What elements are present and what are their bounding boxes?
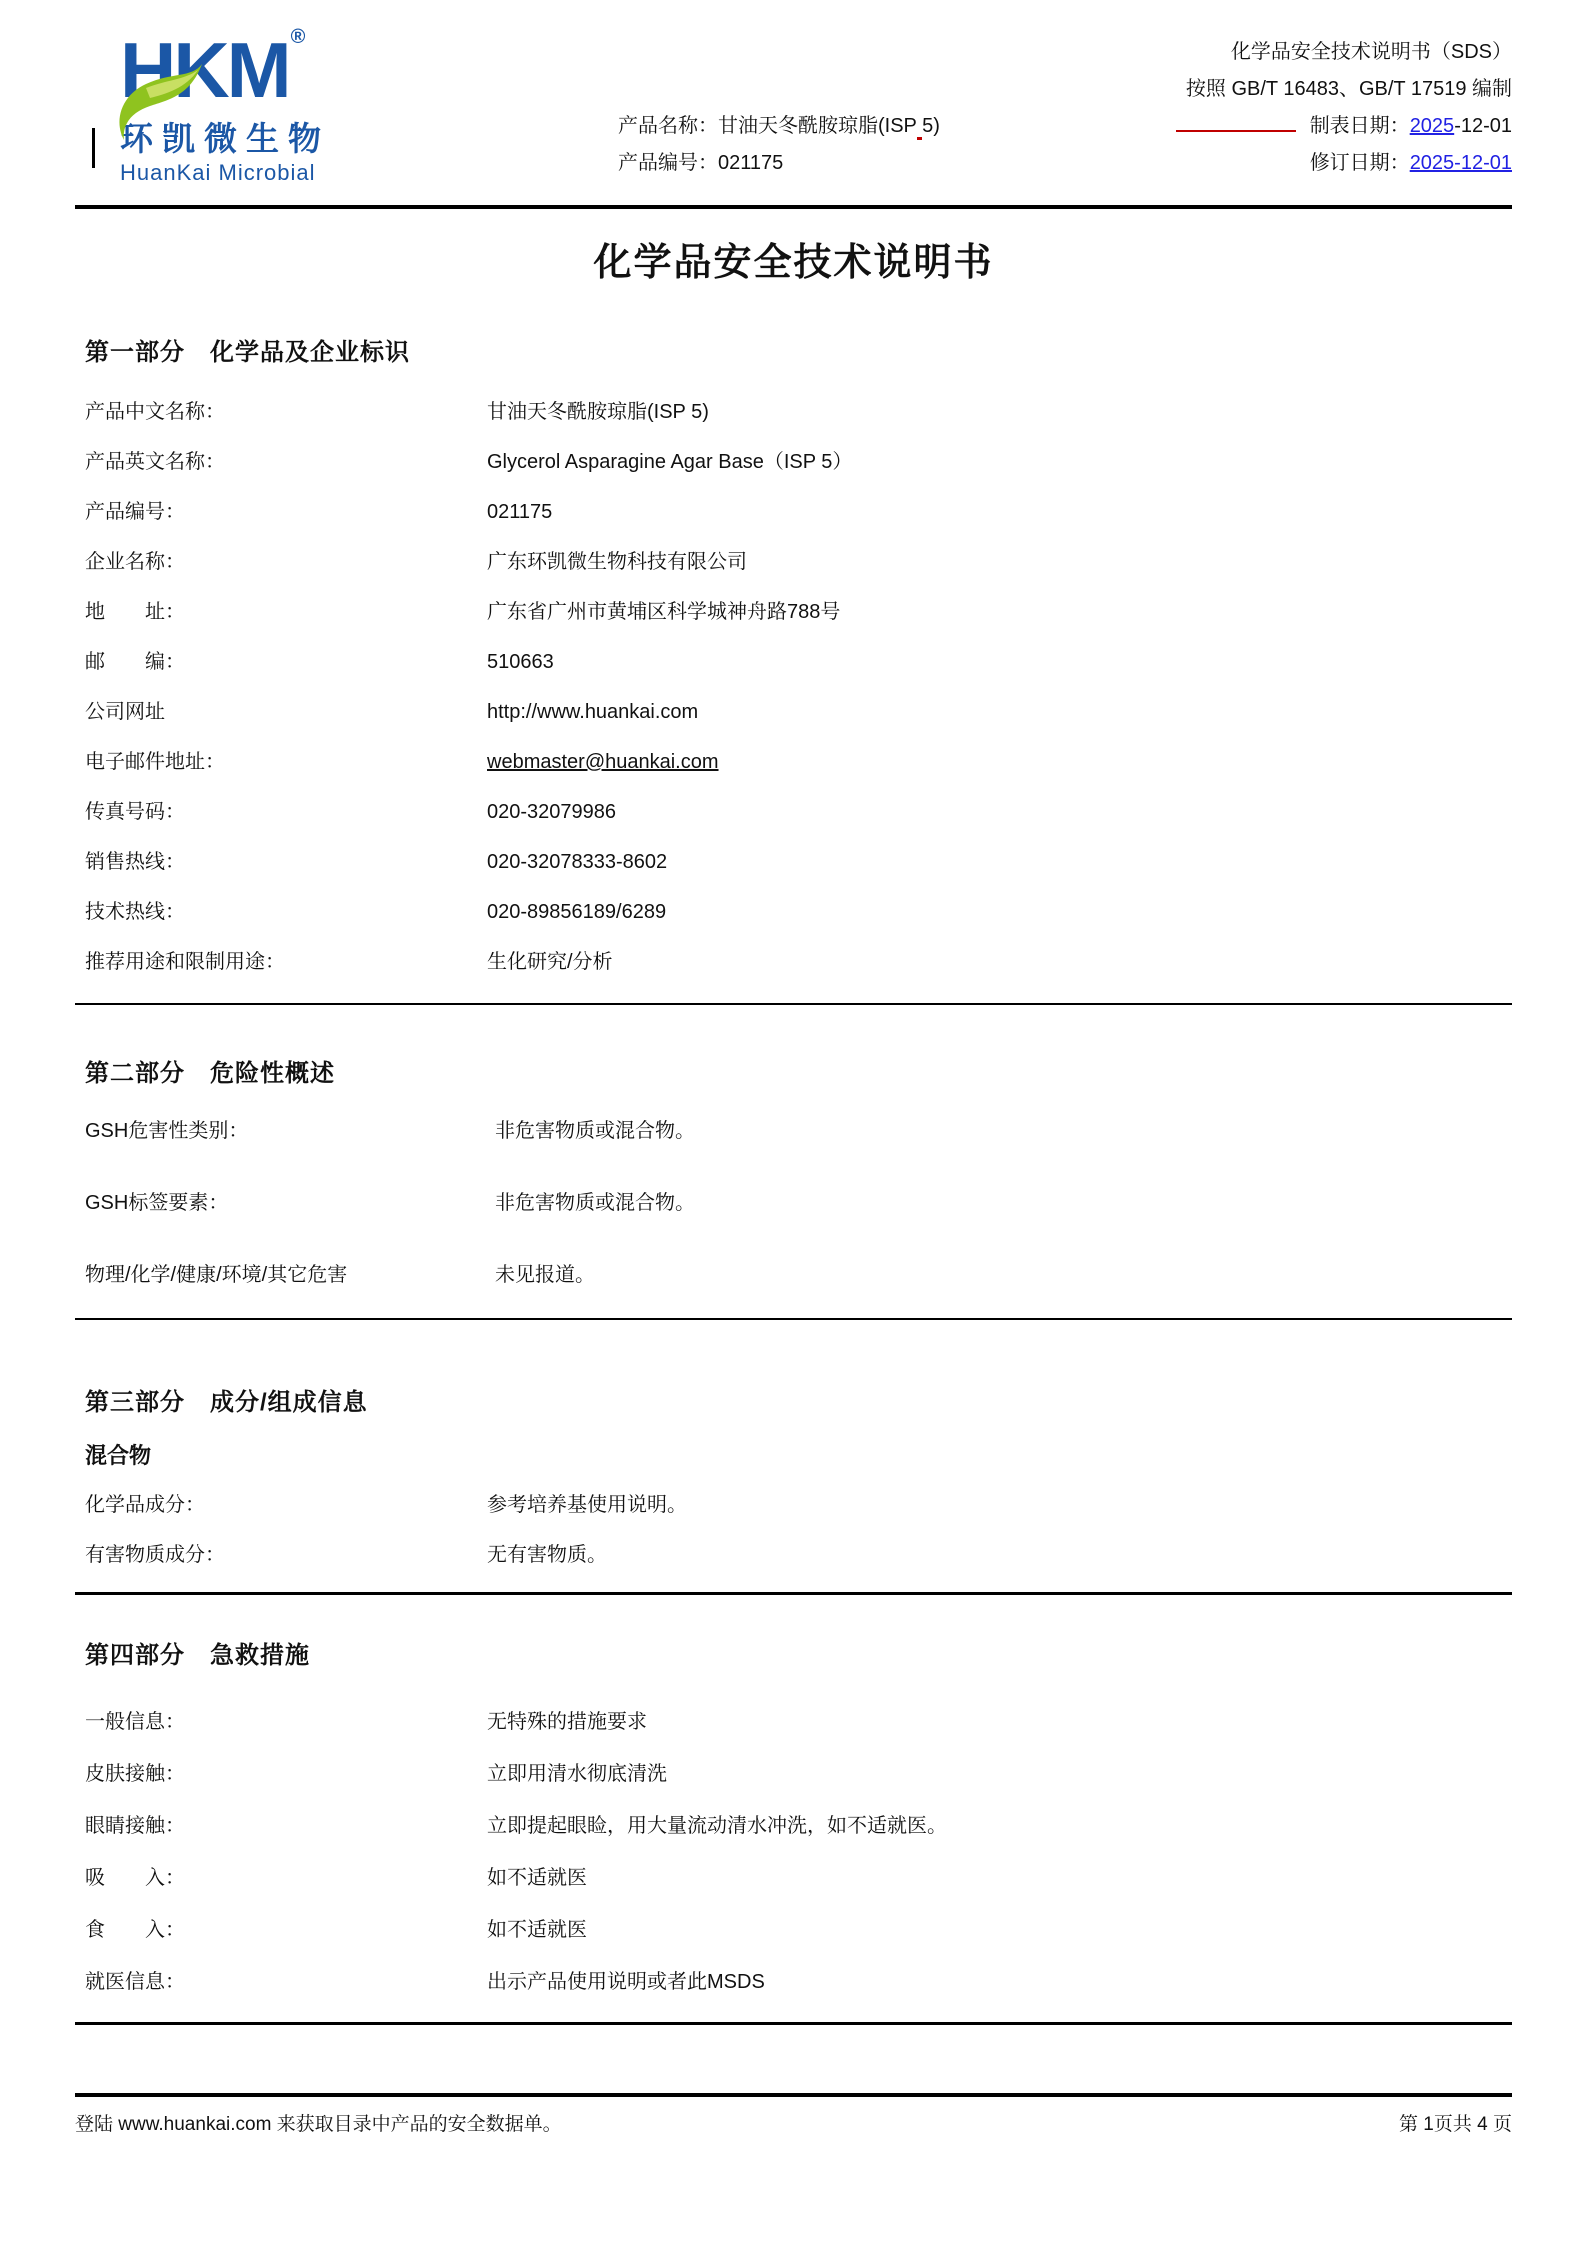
field-label: 皮肤接触： <box>85 1748 487 1800</box>
field-value: 020-32079986 <box>487 787 1512 837</box>
header-product-name: 产品名称：甘油天冬酰胺琼脂(ISP 5) <box>618 108 940 145</box>
field-row: 传真号码：020-32079986 <box>85 787 1512 837</box>
logo-brand-text: HKM <box>120 22 289 118</box>
field-value: 甘油天冬酰胺琼脂(ISP 5) <box>487 387 1512 437</box>
field-value: 未见报道。 <box>495 1260 1512 1290</box>
field-value: 510663 <box>487 637 1512 687</box>
field-row: 企业名称：广东环凯微生物科技有限公司 <box>85 537 1512 587</box>
section-2-heading: 第二部分 危险性概述 <box>85 1053 1512 1088</box>
field-value: 立即用清水彻底清洗 <box>487 1748 1512 1800</box>
revise-date-link[interactable]: 2025-12-01 <box>1410 145 1512 182</box>
section-1-heading: 第一部分 化学品及企业标识 <box>85 332 1512 367</box>
section-hazards: 第二部分 危险性概述 GSH危害性类别：非危害物质或混合物。 GSH标签要素：非… <box>75 1053 1512 1290</box>
field-label: 有害物质成分： <box>85 1530 487 1580</box>
field-row: 推荐用途和限制用途：生化研究/分析 <box>85 937 1512 987</box>
header-info-block: 化学品安全技术说明书（SDS） 按照 GB/T 16483、GB/T 17519… <box>618 34 1512 182</box>
field-label: 销售热线： <box>85 837 487 887</box>
field-value: 生化研究/分析 <box>487 937 1512 987</box>
logo-company-name-cn: 环凯微生物 <box>120 120 450 158</box>
field-value: Glycerol Asparagine Agar Base（ISP 5） <box>487 437 1512 487</box>
field-label: GSH标签要素： <box>85 1188 495 1218</box>
field-label: 产品英文名称： <box>85 437 487 487</box>
field-row: 公司网址http://www.huankai.com <box>85 687 1512 737</box>
field-label: 一般信息： <box>85 1696 487 1748</box>
field-label: 电子邮件地址： <box>85 737 487 787</box>
section-identification: 第一部分 化学品及企业标识 产品中文名称：甘油天冬酰胺琼脂(ISP 5) 产品英… <box>75 332 1512 987</box>
field-label: 化学品成分： <box>85 1480 487 1530</box>
section-divider <box>75 1318 1512 1320</box>
field-label: 企业名称： <box>85 537 487 587</box>
field-row: 邮 编：510663 <box>85 637 1512 687</box>
field-value: 参考培养基使用说明。 <box>487 1480 1512 1530</box>
footer-divider <box>75 2093 1512 2097</box>
field-row: 眼睛接触：立即提起眼睑，用大量流动清水冲洗，如不适就医。 <box>85 1800 1512 1852</box>
section-divider <box>75 1592 1512 1595</box>
field-value: 非危害物质或混合物。 <box>495 1116 1512 1146</box>
field-label: 技术热线： <box>85 887 487 937</box>
field-row: 产品编号：021175 <box>85 487 1512 537</box>
section-divider <box>75 1003 1512 1005</box>
field-label: 产品中文名称： <box>85 387 487 437</box>
tabulate-date-year-link[interactable]: 2025 <box>1410 108 1455 145</box>
field-value: 出示产品使用说明或者此MSDS <box>487 1956 1512 2008</box>
field-label: 吸 入： <box>85 1852 487 1904</box>
field-row: 产品英文名称：Glycerol Asparagine Agar Base（ISP… <box>85 437 1512 487</box>
tabulate-date-label: 制表日期： <box>1310 108 1410 145</box>
page-number: 第 1页共 4 页 <box>1399 2109 1512 2136</box>
header-divider <box>75 205 1512 209</box>
field-row: 就医信息：出示产品使用说明或者此MSDS <box>85 1956 1512 2008</box>
header-left-tick <box>92 128 95 168</box>
field-value: 020-89856189/6289 <box>487 887 1512 937</box>
field-value: 广东环凯微生物科技有限公司 <box>487 537 1512 587</box>
section-4-heading: 第四部分 急救措施 <box>85 1635 1512 1670</box>
field-row: GSH标签要素：非危害物质或混合物。 <box>85 1188 1512 1218</box>
field-label: 邮 编： <box>85 637 487 687</box>
doc-type: 化学品安全技术说明书（SDS） <box>618 34 1512 71</box>
field-value: 非危害物质或混合物。 <box>495 1188 1512 1218</box>
tabulate-date-rest: -12-01 <box>1454 108 1512 145</box>
field-label: 物理/化学/健康/环境/其它危害 <box>85 1260 495 1290</box>
field-row: 产品中文名称：甘油天冬酰胺琼脂(ISP 5) <box>85 387 1512 437</box>
mixture-subheading: 混合物 <box>85 1439 1512 1470</box>
field-value: 如不适就医 <box>487 1852 1512 1904</box>
field-label: 就医信息： <box>85 1956 487 2008</box>
field-value: 立即提起眼睑，用大量流动清水冲洗，如不适就医。 <box>487 1800 1512 1852</box>
field-row: 物理/化学/健康/环境/其它危害未见报道。 <box>85 1260 1512 1290</box>
website-link[interactable]: http://www.huankai.com <box>487 687 1512 737</box>
section-composition: 第三部分 成分/组成信息 混合物 化学品成分：参考培养基使用说明。 有害物质成分… <box>75 1382 1512 1580</box>
field-value: 020-32078333-8602 <box>487 837 1512 887</box>
header-product-code: 产品编号：021175 <box>618 145 783 182</box>
page-header: HKM ® 环凯微生物 HuanKai Microbial 化学品安全技术说明书… <box>0 0 1587 205</box>
section-divider <box>75 2022 1512 2025</box>
section-3-heading: 第三部分 成分/组成信息 <box>85 1382 1512 1417</box>
field-label: 食 入： <box>85 1904 487 1956</box>
field-value: 无有害物质。 <box>487 1530 1512 1580</box>
field-row: 食 入：如不适就医 <box>85 1904 1512 1956</box>
field-label: 传真号码： <box>85 787 487 837</box>
field-row: 化学品成分：参考培养基使用说明。 <box>85 1480 1512 1530</box>
field-label: 推荐用途和限制用途： <box>85 937 487 987</box>
registered-trademark-icon: ® <box>291 22 306 52</box>
field-value: 无特殊的措施要求 <box>487 1696 1512 1748</box>
field-row: 技术热线：020-89856189/6289 <box>85 887 1512 937</box>
email-link[interactable]: webmaster@huankai.com <box>487 737 1512 787</box>
sds-page: HKM ® 环凯微生物 HuanKai Microbial 化学品安全技术说明书… <box>0 0 1587 2245</box>
field-row: 吸 入：如不适就医 <box>85 1852 1512 1904</box>
revise-date-label: 修订日期： <box>1310 145 1410 182</box>
section-first-aid: 第四部分 急救措施 一般信息：无特殊的措施要求 皮肤接触：立即用清水彻底清洗 眼… <box>75 1635 1512 2008</box>
field-label: 产品编号： <box>85 487 487 537</box>
field-label: 眼睛接触： <box>85 1800 487 1852</box>
field-row: 电子邮件地址：webmaster@huankai.com <box>85 737 1512 787</box>
page-footer: 登陆 www.huankai.com 来获取目录中产品的安全数据单。 第 1页共… <box>0 2093 1587 2136</box>
field-row: 有害物质成分：无有害物质。 <box>85 1530 1512 1580</box>
field-row: GSH危害性类别：非危害物质或混合物。 <box>85 1116 1512 1146</box>
field-row: 销售热线：020-32078333-8602 <box>85 837 1512 887</box>
field-label: 公司网址 <box>85 687 487 737</box>
blank-signature-line <box>1176 112 1296 132</box>
page-title: 化学品安全技术说明书 <box>0 231 1587 286</box>
field-label: 地 址： <box>85 587 487 637</box>
field-value: 021175 <box>487 487 1512 537</box>
field-label: GSH危害性类别： <box>85 1116 495 1146</box>
company-logo: HKM ® 环凯微生物 HuanKai Microbial <box>120 22 450 186</box>
standard-note: 按照 GB/T 16483、GB/T 17519 编制 <box>618 71 1512 108</box>
field-value: 如不适就医 <box>487 1904 1512 1956</box>
field-value: 广东省广州市黄埔区科学城神舟路788号 <box>487 587 1512 637</box>
field-row: 一般信息：无特殊的措施要求 <box>85 1696 1512 1748</box>
field-row: 皮肤接触：立即用清水彻底清洗 <box>85 1748 1512 1800</box>
field-row: 地 址：广东省广州市黄埔区科学城神舟路788号 <box>85 587 1512 637</box>
footer-note: 登陆 www.huankai.com 来获取目录中产品的安全数据单。 <box>75 2109 562 2136</box>
logo-company-name-en: HuanKai Microbial <box>120 160 450 186</box>
